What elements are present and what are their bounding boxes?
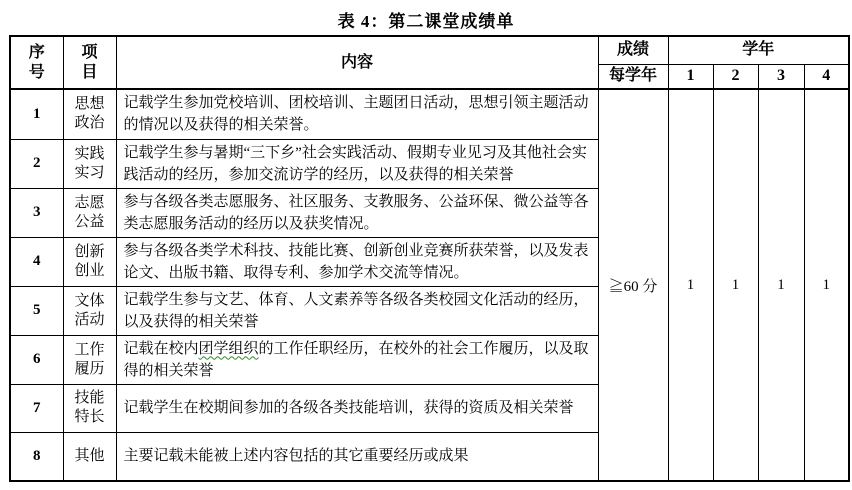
row-number-cell: 2 [10,139,63,188]
item-line: 其他 [64,447,116,466]
year-3-credit-cell: 1 [758,89,804,481]
row-number-cell: 1 [10,89,63,139]
row-number-cell: 5 [10,286,63,335]
item-line: 特长 [64,408,116,427]
content-cell: 记载学生在校期间参加的各级各类技能培训，获得的资质及相关荣誉 [116,384,598,432]
item-cell: 志愿 公益 [63,188,116,237]
second-classroom-score-table: 序 号 项 目 内容 成绩 学年 每学年 1 2 3 4 1 思想 政治 记载学… [9,35,850,482]
item-cell: 实践 实习 [63,139,116,188]
content-cell: 记载在校内团学组织的工作任职经历，在校外的社会工作履历，以及取得的相关荣誉 [116,335,598,384]
item-cell: 文体 活动 [63,286,116,335]
content-cell: 主要记载未能被上述内容包括的其它重要经历或成果 [116,432,598,481]
content-cell: 参与各级各类学术科技、技能比赛、创新创业竞赛所获荣誉，以及发表论文、出版书籍、取… [116,237,598,286]
item-cell: 思想 政治 [63,89,116,139]
content-text: 记载在校内 [124,341,199,357]
score-requirement-cell: ≧60 分 [598,89,668,481]
header-content: 内容 [116,36,598,89]
row-number-cell: 7 [10,384,63,432]
item-line: 履历 [64,360,116,379]
item-line: 创新 [64,243,116,262]
item-line: 创业 [64,262,116,281]
row-number-cell: 6 [10,335,63,384]
header-per-year: 每学年 [598,64,668,89]
header-year-4: 4 [804,64,849,89]
item-line: 实践 [64,145,116,164]
item-line: 技能 [64,389,116,408]
content-cell: 参与各级各类志愿服务、社区服务、支教服务、公益环保、微公益等各类志愿服务活动的经… [116,188,598,237]
header-item: 项 目 [63,36,116,89]
content-cell: 记载学生参与文艺、体育、人文素养等各级各类校园文化活动的经历，以及获得的相关荣誉 [116,286,598,335]
year-4-credit-cell: 1 [804,89,849,481]
year-1-credit-cell: 1 [668,89,713,481]
header-item-line2: 目 [64,63,116,83]
item-line: 政治 [64,114,116,133]
content-cell: 记载学生参加党校培训、团校培训、主题团日活动，思想引领主题活动的情况以及获得的相… [116,89,598,139]
header-year-2: 2 [713,64,758,89]
item-line: 活动 [64,311,116,330]
header-academic-year: 学年 [668,36,849,64]
grammar-check-underlined-text: 团学组织 [199,341,259,357]
header-score: 成绩 [598,36,668,64]
content-cell: 记载学生参与暑期“三下乡”社会实践活动、假期专业见习及其他社会实践活动的经历，参… [116,139,598,188]
header-year-1: 1 [668,64,713,89]
item-line: 志愿 [64,194,116,213]
header-serial-line1: 序 [11,43,63,63]
item-line: 实习 [64,164,116,183]
table-row-1: 1 思想 政治 记载学生参加党校培训、团校培训、主题团日活动，思想引领主题活动的… [10,89,849,139]
item-cell: 工作 履历 [63,335,116,384]
year-2-credit-cell: 1 [713,89,758,481]
item-line: 文体 [64,292,116,311]
item-line: 公益 [64,213,116,232]
header-serial-number: 序 号 [10,36,63,89]
document-page: 表 4：第二课堂成绩单 序 号 项 目 内容 成绩 学年 每学年 1 2 3 4 [0,0,852,490]
item-line: 工作 [64,341,116,360]
item-cell: 其他 [63,432,116,481]
header-serial-line2: 号 [11,63,63,83]
row-number-cell: 3 [10,188,63,237]
row-number-cell: 4 [10,237,63,286]
item-cell: 技能 特长 [63,384,116,432]
item-line: 思想 [64,95,116,114]
header-row-1: 序 号 项 目 内容 成绩 学年 [10,36,849,64]
header-item-line1: 项 [64,43,116,63]
row-number-cell: 8 [10,432,63,481]
table-title: 表 4：第二课堂成绩单 [0,0,852,35]
header-year-3: 3 [758,64,804,89]
item-cell: 创新 创业 [63,237,116,286]
